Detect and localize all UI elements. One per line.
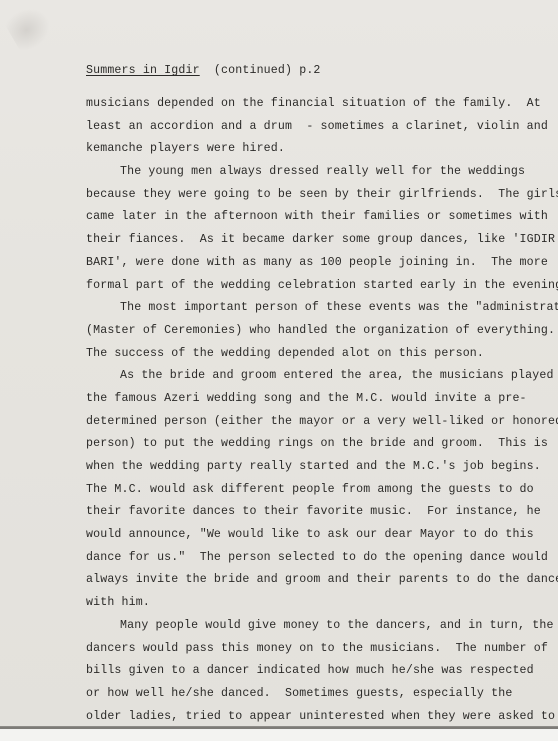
text-line: least an accordion and a drum - sometime… bbox=[86, 116, 556, 139]
text-line: dance for us." The person selected to do… bbox=[86, 547, 556, 570]
text-line: determined person (either the mayor or a… bbox=[86, 411, 556, 434]
text-line: older ladies, tried to appear uninterest… bbox=[86, 706, 556, 729]
paragraph-start-line: As the bride and groom entered the area,… bbox=[86, 365, 556, 388]
text-line: would announce, "We would like to ask ou… bbox=[86, 524, 556, 547]
text-line: came later in the afternoon with their f… bbox=[86, 206, 556, 229]
page-continuation-label: (continued) p.2 bbox=[200, 64, 321, 77]
text-line: bills given to a dancer indicated how mu… bbox=[86, 660, 556, 683]
paragraph-start-line: The young men always dressed really well… bbox=[86, 161, 556, 184]
text-line: The M.C. would ask different people from… bbox=[86, 479, 556, 502]
text-line: (Master of Ceremonies) who handled the o… bbox=[86, 320, 556, 343]
text-line: always invite the bride and groom and th… bbox=[86, 569, 556, 592]
text-line: with him. bbox=[86, 592, 556, 615]
text-line: or how well he/she danced. Sometimes gue… bbox=[86, 683, 556, 706]
document-body: musicians depended on the financial situ… bbox=[86, 93, 556, 728]
text-line: the famous Azeri wedding song and the M.… bbox=[86, 388, 556, 411]
text-line: person) to put the wedding rings on the … bbox=[86, 433, 556, 456]
page-header: Summers in Igdir (continued) p.2 bbox=[86, 64, 321, 77]
text-line: musicians depended on the financial situ… bbox=[86, 93, 556, 116]
document-title: Summers in Igdir bbox=[86, 64, 200, 77]
paragraph-start-line: Many people would give money to the danc… bbox=[86, 615, 556, 638]
typewritten-page: Summers in Igdir (continued) p.2 musicia… bbox=[0, 0, 558, 727]
paragraph-start-line: The most important person of these event… bbox=[86, 297, 556, 320]
text-line: dancers would pass this money on to the … bbox=[86, 638, 556, 661]
text-line: when the wedding party really started an… bbox=[86, 456, 556, 479]
paper-smudge bbox=[3, 1, 58, 56]
text-line: because they were going to be seen by th… bbox=[86, 184, 556, 207]
text-line: their favorite dances to their favorite … bbox=[86, 501, 556, 524]
text-line: formal part of the wedding celebration s… bbox=[86, 275, 556, 298]
text-line: BARI', were done with as many as 100 peo… bbox=[86, 252, 556, 275]
text-line: their fiances. As it became darker some … bbox=[86, 229, 556, 252]
text-line: The success of the wedding depended alot… bbox=[86, 343, 556, 366]
text-line: kemanche players were hired. bbox=[86, 138, 556, 161]
scan-background bbox=[0, 729, 558, 741]
